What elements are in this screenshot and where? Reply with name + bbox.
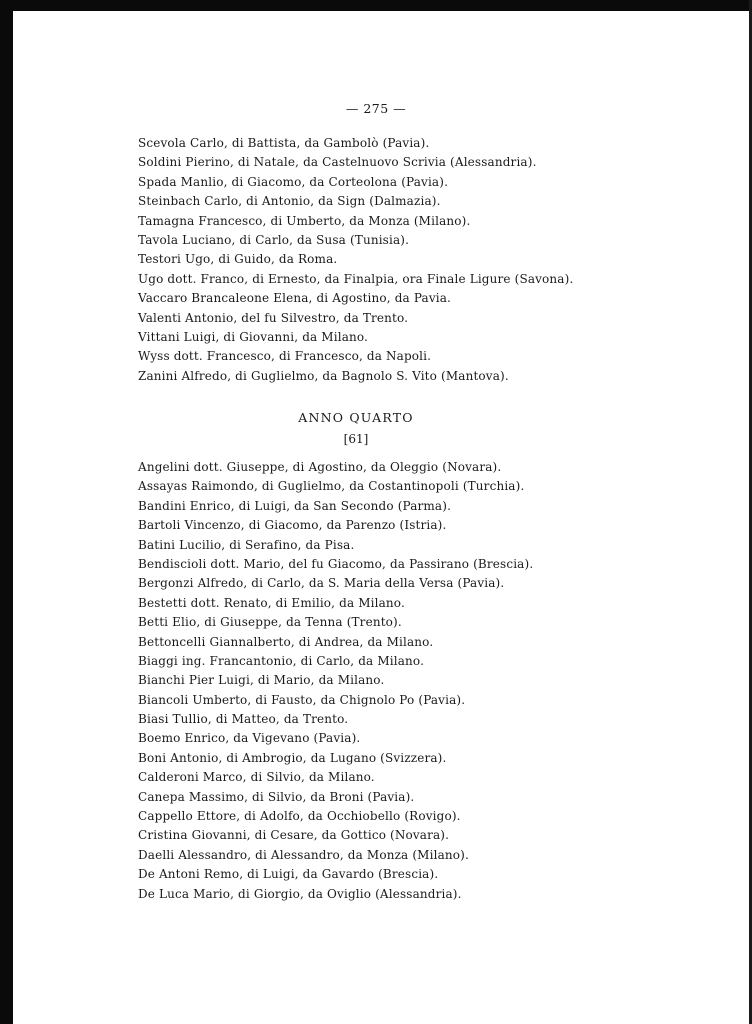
list-item: Wyss dott. Francesco, di Francesco, da N… xyxy=(138,347,573,366)
list-item: Batini Lucilio, di Serafino, da Pisa. xyxy=(138,536,533,555)
list-item: Tamagna Francesco, di Umberto, da Monza … xyxy=(138,212,573,231)
scan-border-left xyxy=(0,0,13,1024)
list-item: Ugo dott. Franco, di Ernesto, da Finalpi… xyxy=(138,270,573,289)
list-item: Vaccaro Brancaleone Elena, di Agostino, … xyxy=(138,289,573,308)
list-item: Cappello Ettore, di Adolfo, da Occhiobel… xyxy=(138,807,533,826)
list-item: Testori Ugo, di Guido, da Roma. xyxy=(138,250,573,269)
list-item: Canepa Massimo, di Silvio, da Broni (Pav… xyxy=(138,788,533,807)
list-item: Bianchi Pier Luigi, di Mario, da Milano. xyxy=(138,671,533,690)
list-item: Steinbach Carlo, di Antonio, da Sign (Da… xyxy=(138,192,573,211)
list-item: Soldini Pierino, di Natale, da Castelnuo… xyxy=(138,153,573,172)
list-item: De Antoni Remo, di Luigi, da Gavardo (Br… xyxy=(138,865,533,884)
list-item: De Luca Mario, di Giorgio, da Oviglio (A… xyxy=(138,885,533,904)
list-item: Calderoni Marco, di Silvio, da Milano. xyxy=(138,768,533,787)
entry-list-anno-quarto: Angelini dott. Giuseppe, di Agostino, da… xyxy=(138,458,533,904)
list-item: Cristina Giovanni, di Cesare, da Gottico… xyxy=(138,826,533,845)
section-heading: ANNO QUARTO xyxy=(0,410,712,425)
list-item: Bettoncelli Giannalberto, di Andrea, da … xyxy=(138,633,533,652)
page-number: — 275 — xyxy=(0,101,752,116)
list-item: Bandini Enrico, di Luigi, da San Secondo… xyxy=(138,497,533,516)
list-item: Betti Elio, di Giuseppe, da Tenna (Trent… xyxy=(138,613,533,632)
list-item: Biancoli Umberto, di Fausto, da Chignolo… xyxy=(138,691,533,710)
entry-list-previous-year: Scevola Carlo, di Battista, da Gambolò (… xyxy=(138,134,573,386)
list-item: Vittani Luigi, di Giovanni, da Milano. xyxy=(138,328,573,347)
section-count: [61] xyxy=(0,432,712,446)
list-item: Valenti Antonio, del fu Silvestro, da Tr… xyxy=(138,309,573,328)
list-item: Scevola Carlo, di Battista, da Gambolò (… xyxy=(138,134,573,153)
list-item: Biaggi ing. Francantonio, di Carlo, da M… xyxy=(138,652,533,671)
list-item: Angelini dott. Giuseppe, di Agostino, da… xyxy=(138,458,533,477)
list-item: Bestetti dott. Renato, di Emilio, da Mil… xyxy=(138,594,533,613)
list-item: Bartoli Vincenzo, di Giacomo, da Parenzo… xyxy=(138,516,533,535)
scan-border-top xyxy=(0,0,752,11)
list-item: Biasi Tullio, di Matteo, da Trento. xyxy=(138,710,533,729)
list-item: Tavola Luciano, di Carlo, da Susa (Tunis… xyxy=(138,231,573,250)
list-item: Assayas Raimondo, di Guglielmo, da Costa… xyxy=(138,477,533,496)
list-item: Spada Manlio, di Giacomo, da Corteolona … xyxy=(138,173,573,192)
list-item: Boemo Enrico, da Vigevano (Pavia). xyxy=(138,729,533,748)
list-item: Boni Antonio, di Ambrogio, da Lugano (Sv… xyxy=(138,749,533,768)
list-item: Zanini Alfredo, di Guglielmo, da Bagnolo… xyxy=(138,367,573,386)
list-item: Bendiscioli dott. Mario, del fu Giacomo,… xyxy=(138,555,533,574)
list-item: Bergonzi Alfredo, di Carlo, da S. Maria … xyxy=(138,574,533,593)
list-item: Daelli Alessandro, di Alessandro, da Mon… xyxy=(138,846,533,865)
